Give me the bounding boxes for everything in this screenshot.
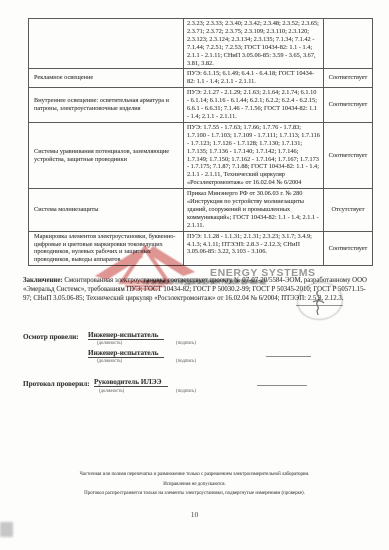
- element-name-cell: Системы уравнивания потенциалов, заземля…: [29, 122, 184, 188]
- element-name-cell: Рекламное освещение: [29, 69, 184, 88]
- footer-notes: Частичная или полная перепечатка и размн…: [0, 470, 389, 499]
- table-row: Системы уравнивания потенциалов, заземля…: [29, 122, 373, 188]
- conclusion-text: Смонтированная электроустановка соответс…: [23, 277, 367, 303]
- stamp-underline: [296, 305, 343, 306]
- normative-docs-cell: Приказ Минэнерго РФ от 30.06.03 г. № 280…: [184, 189, 324, 232]
- scan-artifact: [0, 522, 13, 537]
- position-hint: (должность): [97, 359, 122, 364]
- result-cell: Соответствует: [324, 122, 373, 188]
- inspection-signoff-label: Осмотр провели:: [23, 333, 79, 341]
- conclusion-label: Заключение:: [23, 277, 63, 284]
- element-name-cell: [29, 19, 184, 69]
- table-row: 2.3.23; 2.3.33; 2.3.40; 2.3.42; 2.3.48; …: [29, 19, 373, 69]
- element-name-cell: Маркировка элементов электроустановки, б…: [29, 231, 184, 266]
- result-cell: [324, 19, 373, 69]
- table-row: Маркировка элементов электроустановки, б…: [29, 231, 373, 266]
- normative-docs-cell: ПУЭ: 1.7.55 - 1.7.63; 1.7.66; 1.7.76 - 1…: [184, 122, 324, 188]
- position-hint: (должность): [97, 341, 122, 346]
- normative-docs-cell: ПУЭ: 2.1.27 - 2.1.29; 2.1.63; 2.1.64; 2.…: [184, 88, 324, 123]
- result-cell: Отсутствует: [324, 189, 373, 232]
- table-row: Система молниезащиты Приказ Минэнерго РФ…: [29, 189, 373, 232]
- signature-line: [257, 385, 307, 386]
- position-hint: (должность): [99, 389, 124, 394]
- footer-note: Исправления не допускаются.: [0, 480, 389, 490]
- inspector2-role: Инженер-испытатель: [88, 349, 164, 358]
- conclusion: Заключение: Смонтированная электроустано…: [23, 276, 369, 304]
- page-number: 10: [0, 510, 389, 519]
- element-name-cell: Внутреннее освещение: осветительная арма…: [29, 88, 184, 123]
- element-name-cell: Система молниезащиты: [29, 189, 184, 232]
- normative-docs-cell: ПУЭ: 6.1.15; 6.1.49; 6.4.1 - 6.4.18; ГОС…: [184, 69, 324, 88]
- table-row: Внутреннее освещение: осветительная арма…: [29, 88, 373, 123]
- verifier-role: Руководитель ИЛЭЭ: [94, 378, 168, 387]
- signature-hint: (подпись): [176, 341, 196, 346]
- footer-note: Частичная или полная перепечатка и размн…: [0, 470, 389, 480]
- document-page: { "table": { "rows": [ { "name": "", "no…: [0, 0, 389, 550]
- verification-label: Протокол проверил:: [23, 380, 90, 388]
- signature-line: [266, 356, 311, 357]
- inspector1-role: Инженер-испытатель: [88, 331, 164, 340]
- normative-docs-cell: 2.3.23; 2.3.33; 2.3.40; 2.3.42; 2.3.48; …: [184, 19, 324, 69]
- footer-note: Протокол распространяется только на элем…: [0, 489, 389, 499]
- signature-hint: (подпись): [176, 359, 196, 364]
- result-cell: Соответствует: [324, 69, 373, 88]
- result-cell: Соответствует: [324, 231, 373, 266]
- table-row: Рекламное освещение ПУЭ: 6.1.15; 6.1.49;…: [29, 69, 373, 88]
- inspection-table: 2.3.23; 2.3.33; 2.3.40; 2.3.42; 2.3.48; …: [28, 18, 373, 266]
- signature-hint: (подпись): [176, 389, 196, 394]
- normative-docs-cell: ПУЭ: 1.1.28 - 1.1.31; 2.1.31; 2.3.23; 3.…: [184, 231, 324, 266]
- result-cell: Соответствует: [324, 88, 373, 123]
